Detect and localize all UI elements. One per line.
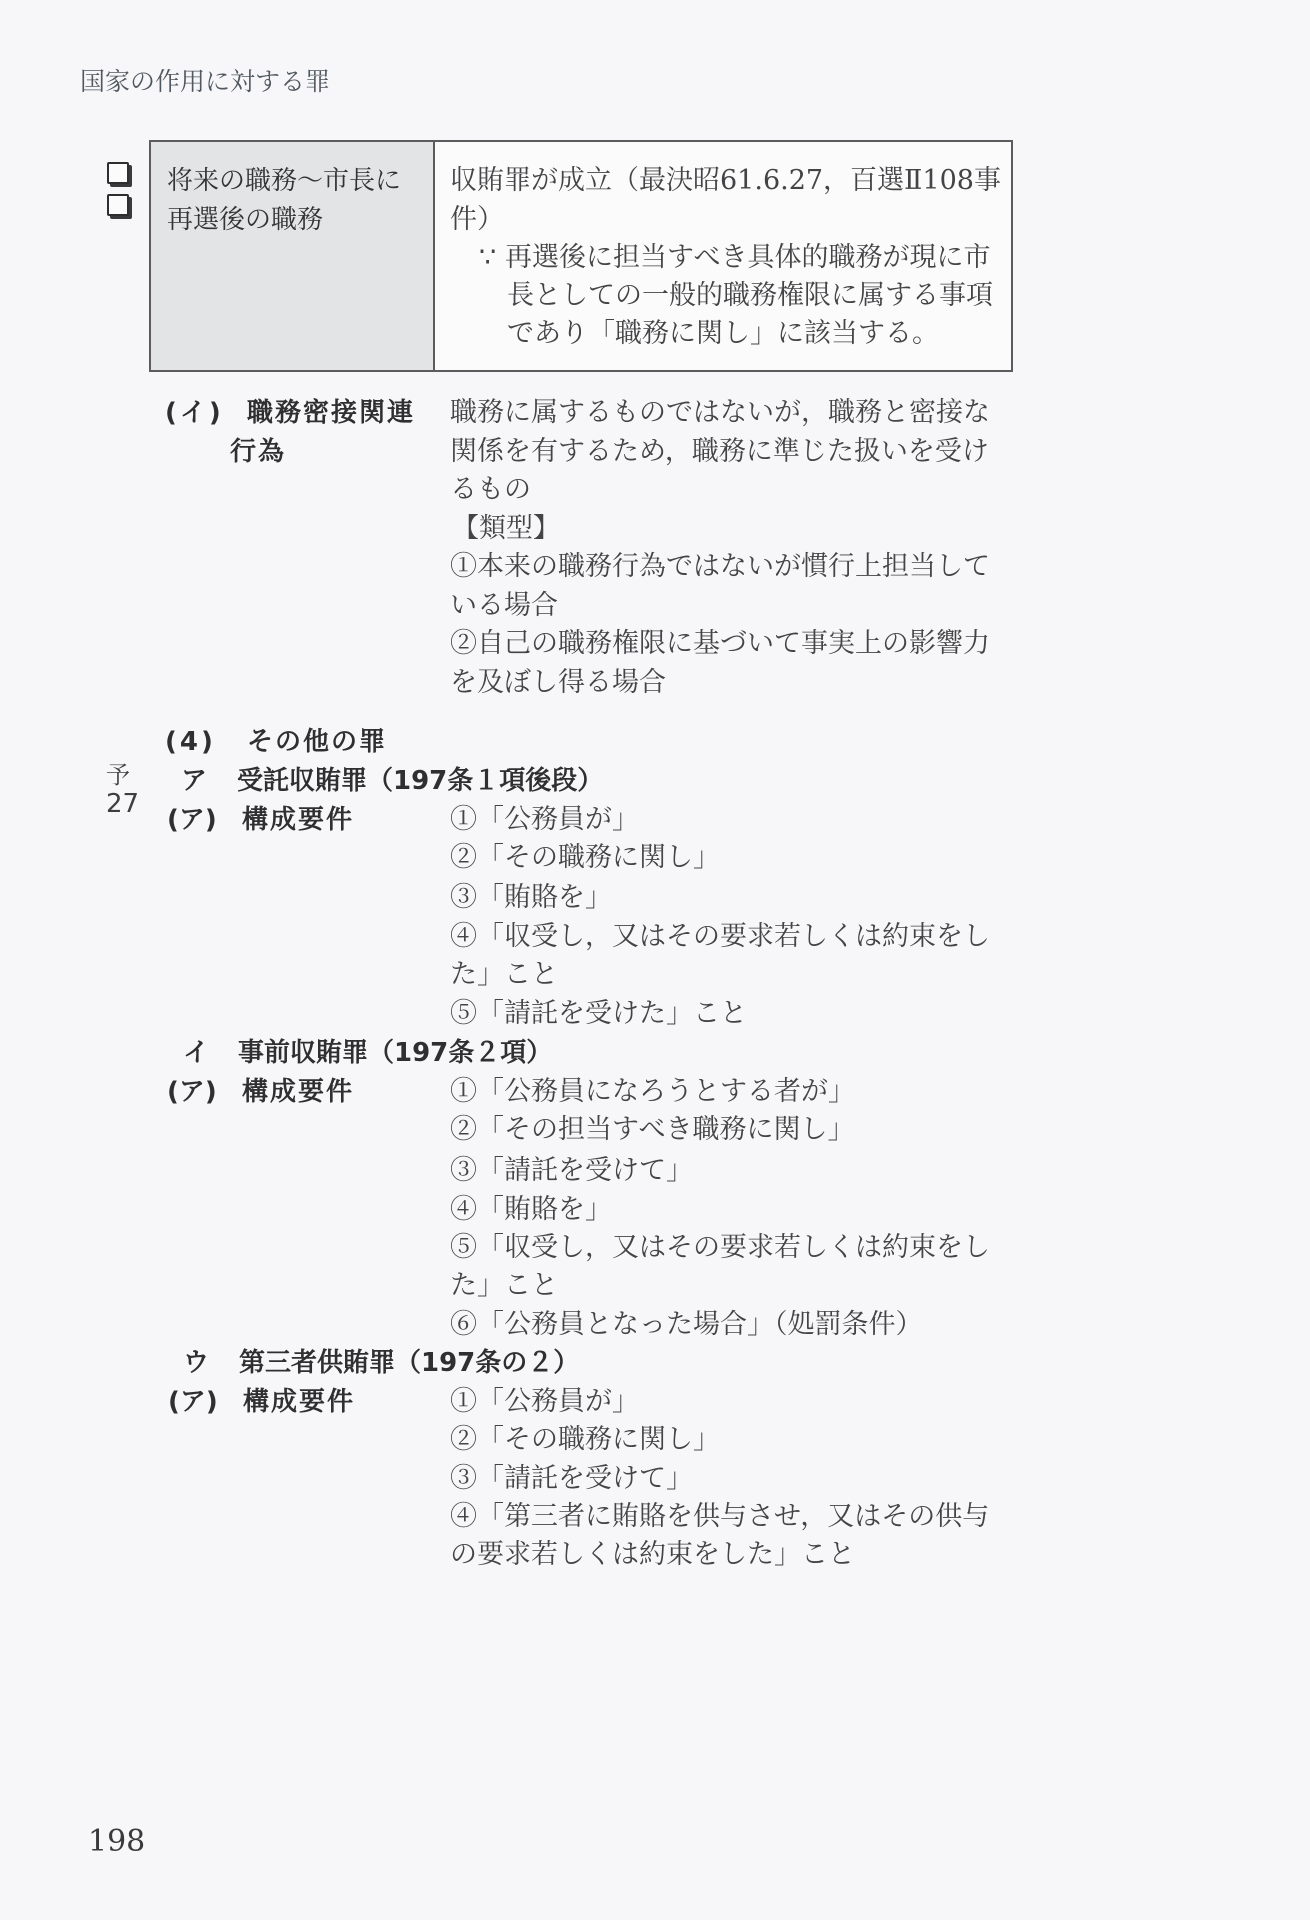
definition-line: 関係を有するため，職務に準じた扱いを受け [450,433,989,471]
element-item-line: ④「賄賂を」 [450,1191,612,1229]
type-item-line: いる場合 [450,587,558,625]
element-item-line: ②「その職務に関し」 [450,839,720,877]
subsection-title: 構成要件 [242,801,354,839]
page-number: 198 [88,1823,145,1861]
type-item-line: を及ぼし得る場合 [450,664,666,702]
because-mark-icon: ∵ [479,239,496,277]
case-topic-line: 再選後の職務 [167,201,323,239]
definition-line: 職務に属するものではないが，職務と密接な [450,394,990,432]
subsection-title: 構成要件 [243,1383,355,1421]
subsection-marker: (ア) [167,801,217,839]
element-item-line: ③「請託を受けて」 [450,1152,693,1190]
element-item-line: ⑤「請託を受けた」こと [450,995,747,1033]
element-item-line: の要求若しくは約束をした」こと [450,1536,855,1574]
section-title: その他の罪 [247,723,387,761]
case-result-line: 収賄罪が成立（最決昭61.6.27，百選Ⅱ108事 [450,162,1001,200]
element-item-line: ⑥「公務員となった場合」（処罰条件） [450,1306,923,1344]
element-item-line: ②「その担当すべき職務に関し」 [450,1111,854,1149]
element-item-line: ④「第三者に賄賂を供与させ，又はその供与 [450,1498,989,1536]
crime-title: 事前収賄罪（197条２項） [238,1034,552,1072]
element-item-line: ③「賄賂を」 [450,879,612,917]
element-item-line: ①「公務員が」 [450,801,639,839]
crime-title: 第三者供賄罪（197条の２） [239,1344,579,1382]
margin-note-label: 予 [106,760,130,790]
crime-title: 受託収賄罪（197条１項後段） [237,762,603,800]
subsection-marker: (ア) [167,1073,217,1111]
case-result-line: 件） [450,201,504,239]
running-header: 国家の作用に対する罪 [80,66,330,98]
element-item-line: ④「収受し，又はその要求若しくは約束をし [450,918,990,956]
type-item-line: ②自己の職務権限に基づいて事実上の影響力 [450,625,990,663]
case-topic-line: 将来の職務～市長に [167,162,401,200]
case-reason-line: であり「職務に関し」に該当する。 [507,315,939,353]
study-checkbox-2 [107,194,129,216]
study-checkbox-1 [107,162,129,184]
section-title-line: 行為 [230,433,286,471]
section-marker: (4) [165,723,216,761]
element-item-line: ②「その職務に関し」 [450,1421,720,1459]
case-reason-line: 長としての一般的職務権限に属する事項 [507,277,993,315]
types-heading: 【類型】 [452,510,560,548]
section-title-line: 職務密接関連 [247,394,415,432]
element-item-line: ⑤「収受し，又はその要求若しくは約束をし [450,1229,990,1267]
element-item-line: ①「公務員になろうとする者が」 [450,1073,855,1111]
subsection-marker: (ア) [168,1383,218,1421]
crime-marker: ウ [183,1344,209,1382]
element-item-line: た」こと [450,956,558,994]
case-reason-line: 再選後に担当すべき具体的職務が現に市 [505,239,990,277]
crime-marker: ア [181,762,207,800]
margin-note-number: 27 [106,789,139,819]
section-marker: (イ) [165,394,224,432]
element-item-line: ③「請託を受けて」 [450,1460,693,1498]
crime-marker: イ [183,1034,209,1072]
subsection-title: 構成要件 [242,1073,354,1111]
definition-line: るもの [450,471,531,509]
type-item-line: ①本来の職務行為ではないが慣行上担当して [450,548,990,586]
element-item-line: た」こと [450,1267,558,1305]
element-item-line: ①「公務員が」 [450,1383,639,1421]
